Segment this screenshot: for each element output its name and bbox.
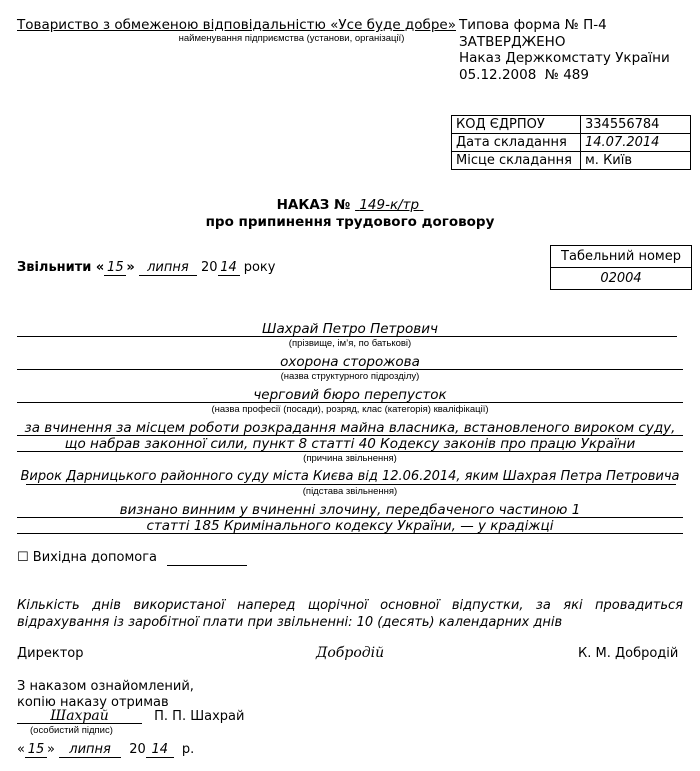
employee-name-short: П. П. Шахрай [154,709,244,724]
name-line [17,336,677,337]
form-line: Типова форма № П-4 [459,17,670,34]
dismiss-quote-close: » [126,260,134,275]
position-line [17,402,683,403]
basis-underline-3 [17,533,683,534]
director-signature: Добродій [316,645,384,661]
info-label: Місце складання [452,152,581,170]
reason-line-2: що набрав законної сили, пункт 8 статті … [17,436,683,452]
info-label: КОД ЄДРПОУ [452,116,581,134]
ack-year-prefix: 20 [129,742,146,757]
ack-year: 14 [146,743,174,758]
ack-date-close: » [47,742,55,757]
table-row: Дата складання 14.07.2014 [452,134,691,152]
basis-line-2: визнано винним у вчиненні злочину, перед… [17,502,683,518]
ack-line-1: З наказом ознайомлений, [17,679,194,695]
form-line: 05.12.2008 № 489 [459,67,670,84]
order-prefix: НАКАЗ № [277,197,351,213]
dismiss-year-suffix: року [244,260,276,275]
reason-caption: (причина звільнення) [17,453,683,464]
department: охорона сторожова [17,354,683,370]
severance-amount-blank [167,551,247,566]
dismiss-label: Звільнити « [17,260,104,275]
dismiss-date-line: Звільнити «15» липня 2014 року [17,260,275,276]
tab-number-value: 02004 [551,268,692,290]
company-caption: найменування підприємства (установи, орг… [17,33,456,44]
ack-date-open: « [17,742,25,757]
name-caption: (прізвище, ім’я, по батькові) [17,338,683,349]
table-row: КОД ЄДРПОУ 334556784 [452,116,691,134]
department-caption: (назва структурного підрозділу) [17,371,683,382]
basis-line-3: статті 185 Кримінального кодексу України… [17,518,683,534]
basis-caption: (підстава звільнення) [17,486,683,497]
info-label: Дата складання [452,134,581,152]
department-line [17,369,683,370]
order-number-line: НАКАЗ № 149-к/тр [0,197,700,214]
position-caption: (назва професії (посади), розряд, клас (… [17,404,683,415]
reason-underline-2 [17,451,683,452]
form-approval-block: Типова форма № П-4 ЗАТВЕРДЖЕНО Наказ Дер… [459,17,670,83]
dismiss-month: липня [139,261,197,276]
order-subtitle: про припинення трудового договору [0,214,700,231]
checkbox-icon[interactable]: ☐ [17,550,29,565]
severance-line: ☐ Вихідна допомога [17,550,247,566]
company-block: Товариство з обмеженою відповідальністю … [17,17,456,44]
director-title: Директор [17,646,84,661]
tab-number-header: Табельний номер [551,246,692,268]
vacation-deduction-text: Кількість днів використаної наперед щорі… [17,597,683,631]
dismiss-day: 15 [104,261,126,276]
info-value: 14.07.2014 [581,134,691,152]
position: черговий бюро перепусток [17,387,683,403]
info-value: м. Київ [581,152,691,170]
ack-day: 15 [25,743,47,758]
tab-number-table: Табельний номер 02004 [550,245,692,290]
acknowledgement-block: З наказом ознайомлений, копію наказу отр… [17,679,194,711]
director-name: К. М. Добродій [578,646,678,661]
company-name: Товариство з обмеженою відповідальністю … [17,17,456,33]
ack-date-line: «15» липня 2014 р. [17,742,194,758]
order-title: НАКАЗ № 149-к/тр про припинення трудовог… [0,197,700,231]
employee-name: Шахрай Петро Петрович [17,321,683,337]
signature-caption: (особистий підпис) [30,725,113,736]
severance-label: Вихідна допомога [33,550,157,565]
basis-underline-1 [26,484,676,485]
employee-signature: Шахрай [17,709,142,724]
ack-month: липня [59,743,121,758]
ack-signature-line: Шахрай П. П. Шахрай [17,709,244,724]
ack-year-suffix: р. [182,742,194,757]
form-line: Наказ Держкомстату України [459,50,670,67]
basis-line-1: Вирок Дарницького районного суду міста К… [20,469,680,484]
table-row: Місце складання м. Київ [452,152,691,170]
dismiss-year-prefix: 20 [201,260,218,275]
dismiss-year: 14 [218,261,240,276]
reason-line-1: за вчинення за місцем роботи розкрадання… [17,420,683,436]
info-value: 334556784 [581,116,691,134]
form-line: ЗАТВЕРДЖЕНО [459,34,670,51]
order-number: 149-к/тр [355,197,423,213]
info-table: КОД ЄДРПОУ 334556784 Дата складання 14.0… [451,115,691,170]
